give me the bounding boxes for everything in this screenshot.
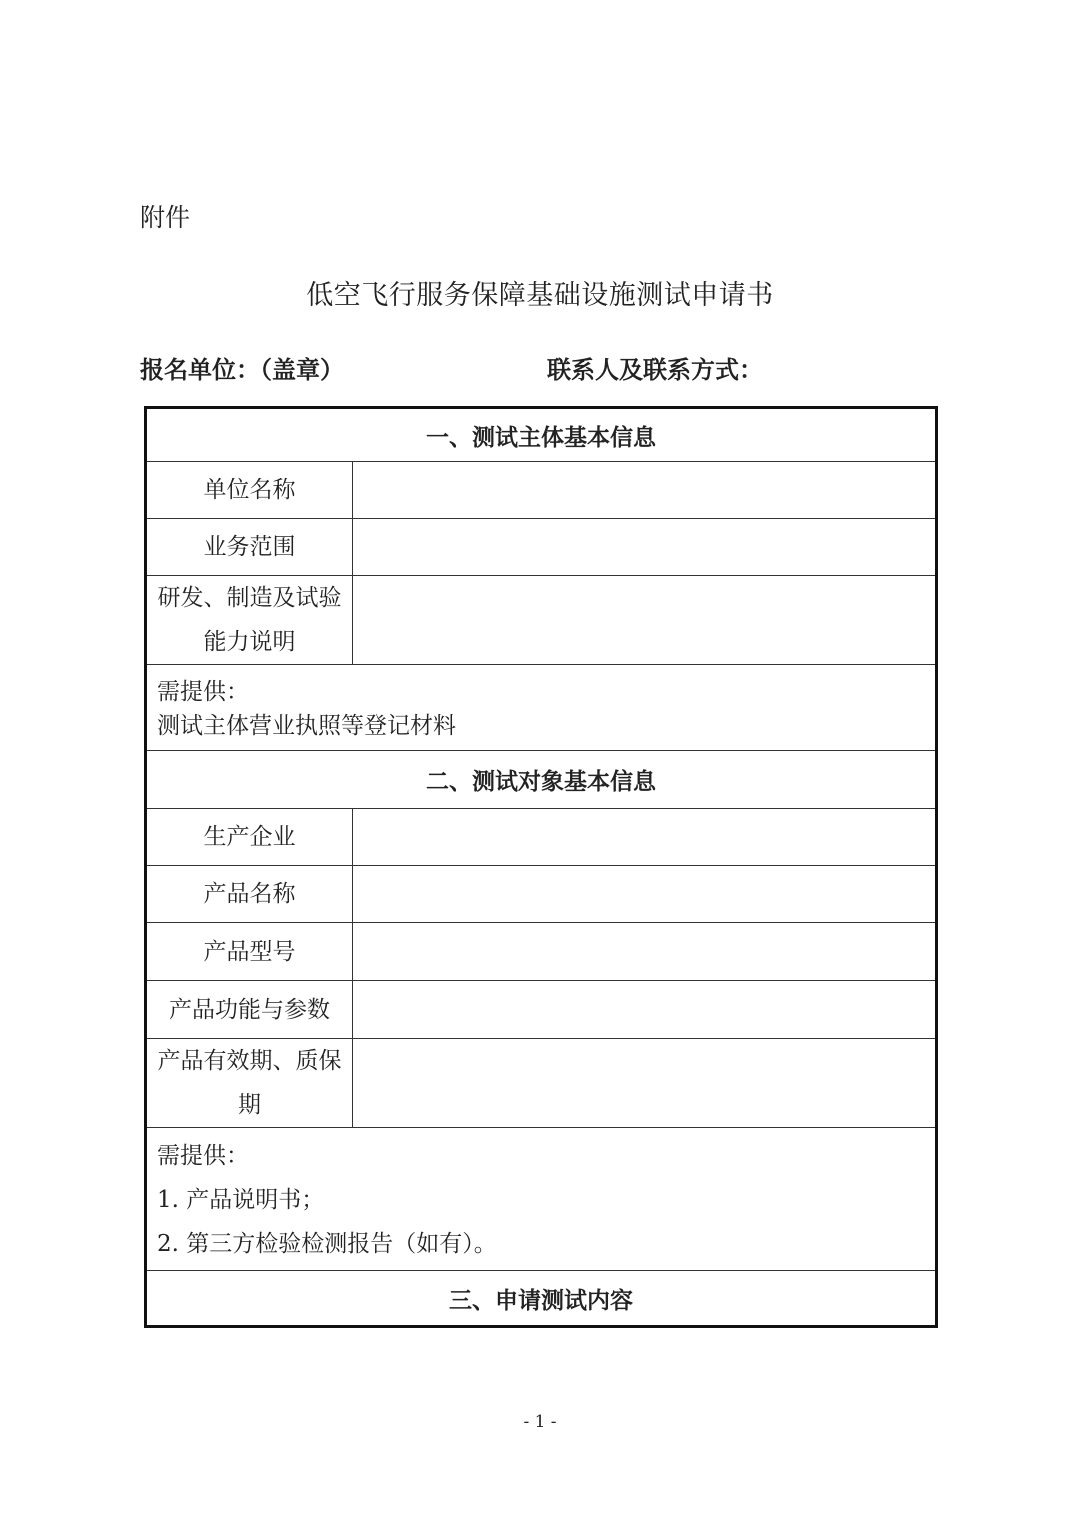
requirement-item: 测试主体营业执照等登记材料 xyxy=(157,709,925,743)
row-label-org-name: 单位名称 xyxy=(146,462,353,519)
product-function-field[interactable] xyxy=(353,981,937,1039)
row-label-manufacturer: 生产企业 xyxy=(146,809,353,866)
requirements-title: 需提供： xyxy=(157,675,925,709)
row-label-rd-capability: 研发、制造及试验能力说明 xyxy=(146,576,353,665)
rd-capability-field[interactable] xyxy=(353,576,937,665)
row-label-business-scope: 业务范围 xyxy=(146,519,353,576)
requirements-title: 需提供： xyxy=(157,1134,925,1178)
section-2-requirements: 需提供： 1. 产品说明书； 2. 第三方检验检测报告（如有）。 xyxy=(146,1128,937,1271)
requirement-item: 2. 第三方检验检测报告（如有）。 xyxy=(157,1222,925,1266)
row-label-product-validity: 产品有效期、质保期 xyxy=(146,1039,353,1128)
row-label-product-function: 产品功能与参数 xyxy=(146,981,353,1039)
manufacturer-field[interactable] xyxy=(353,809,937,866)
row-label-product-model: 产品型号 xyxy=(146,923,353,981)
section-3-title: 三、申请测试内容 xyxy=(146,1271,937,1327)
document-title: 低空飞行服务保障基础设施测试申请书 xyxy=(0,273,1080,312)
contact-label: 联系人及联系方式： xyxy=(547,350,763,385)
product-validity-field[interactable] xyxy=(353,1039,937,1128)
section-1-requirements: 需提供： 测试主体营业执照等登记材料 xyxy=(146,665,937,751)
product-name-field[interactable] xyxy=(353,866,937,923)
section-1-title: 一、测试主体基本信息 xyxy=(146,408,937,462)
requirement-item: 1. 产品说明书； xyxy=(157,1178,925,1222)
org-name-field[interactable] xyxy=(353,462,937,519)
attachment-label: 附件 xyxy=(140,198,190,234)
page-number: - 1 - xyxy=(0,1412,1080,1432)
section-2-title: 二、测试对象基本信息 xyxy=(146,751,937,809)
application-form-table: 一、测试主体基本信息 单位名称 业务范围 研发、制造及试验能力说明 需提供： 测… xyxy=(144,406,938,1328)
product-model-field[interactable] xyxy=(353,923,937,981)
business-scope-field[interactable] xyxy=(353,519,937,576)
applicant-label: 报名单位：（盖章） xyxy=(140,350,344,385)
row-label-product-name: 产品名称 xyxy=(146,866,353,923)
